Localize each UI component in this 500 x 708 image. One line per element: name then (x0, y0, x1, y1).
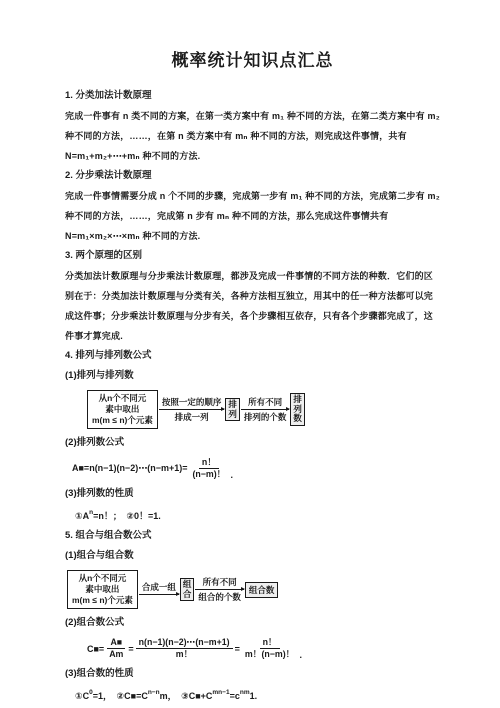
source-elements-box: 从n个不同元 素中取出 m(m ≤ n)个元素 (87, 390, 158, 429)
combination-flow-diagram: 从n个不同元 素中取出 m(m ≤ n)个元素 合成一组 组 合 所有不同 组合… (67, 570, 440, 609)
arrow-line (159, 409, 225, 410)
arrow-line (195, 589, 244, 590)
props-superscript: n (89, 509, 93, 516)
combination-node: 组 合 (180, 578, 195, 601)
arrow-label-bottom: 排列的个数 (241, 412, 290, 422)
source-elements-box: 从n个不同元 素中取出 m(m ≤ n)个元素 (67, 570, 138, 609)
arrow-label-bottom: 排成一列 (172, 412, 212, 422)
permutation-node: 排 列 (225, 398, 240, 421)
equals-sign: = (235, 644, 240, 654)
section-4-heading: 4. 排列与排列数公式 (65, 346, 440, 366)
props-superscript: mn−1 (212, 689, 229, 696)
section-4-sub1: (1)排列与排列数 (65, 366, 440, 386)
permutation-count-arrow: 所有不同 排列的个数 (241, 397, 290, 422)
props-text: m， ③C■+C (160, 691, 213, 701)
permutation-formula: A■=n(n−1)(n−2)⋯(n−m+1)= n！(n−m)！ . (72, 457, 440, 480)
page-title: 概率统计知识点汇总 (65, 46, 440, 71)
fraction-denominator: (n−m)！ (189, 469, 228, 480)
section-5-sub1: (1)组合与组合数 (65, 546, 440, 566)
section-3-paragraph: 分类加法计数原理与分步乘法计数原理，都涉及完成一件事情的不同方法的种数．它们的区… (65, 266, 440, 346)
fraction: n！m！(n−m)！ (242, 637, 298, 660)
combination-properties: ①C0=1， ②C■=Cn−nm， ③C■+Cmn−1=cnm1. (75, 684, 440, 706)
section-2-paragraph: 完成一件事情需要分成 n 个不同的步骤，完成第一步有 m₁ 种不同的方法，完成第… (65, 186, 440, 246)
fraction-denominator: m！(n−m)！ (242, 649, 298, 660)
arrow-label-top: 合成一组 (139, 582, 179, 592)
props-superscript: 0 (89, 689, 93, 696)
arrow-label-top: 所有不同 (245, 397, 285, 407)
fraction-denominator: m！ (173, 649, 196, 660)
combination-formula: C■= A■Am = n(n−1)(n−2)⋯(n−m+1)m！ = n！m！(… (87, 637, 440, 660)
permutation-properties: ①An=n！； ②0！=1. (75, 504, 440, 526)
formula-period: . (230, 470, 233, 480)
section-3-heading: 3. 两个原理的区别 (65, 246, 440, 266)
permutation-count-node: 排 列 数 (290, 393, 305, 426)
section-2-heading: 2. 分步乘法计数原理 (65, 166, 440, 186)
fraction-numerator: n(n−1)(n−2)⋯(n−m+1) (136, 637, 233, 649)
section-1-heading: 1. 分类加法计数原理 (65, 86, 440, 106)
fraction: n(n−1)(n−2)⋯(n−m+1)m！ (136, 637, 233, 660)
section-5-sub3: (3)组合数的性质 (65, 664, 440, 684)
formula-lhs: A■=n(n−1)(n−2)⋯(n−m+1)= (72, 463, 187, 474)
group-arrow: 合成一组 (139, 582, 179, 597)
fraction: A■Am (106, 637, 126, 660)
props-text: =n！； ②0！=1. (93, 511, 161, 521)
arrow-label-bottom: 组合的个数 (195, 592, 244, 602)
fraction: n！(n−m)！ (189, 457, 228, 480)
props-superscript: n−n (148, 689, 160, 696)
fraction-numerator: A■ (107, 637, 125, 649)
arrow-line (241, 409, 290, 410)
section-1-paragraph: 完成一件事有 n 类不同的方案，在第一类方案中有 m₁ 种不同的方法，在第二类方… (65, 106, 440, 166)
equals-sign: = (128, 644, 133, 654)
permutation-flow-diagram: 从n个不同元 素中取出 m(m ≤ n)个元素 按照一定的顺序 排成一列 排 列… (87, 390, 440, 429)
props-text: ①A (75, 511, 89, 521)
section-5-heading: 5. 组合与组合数公式 (65, 526, 440, 546)
combination-count-arrow: 所有不同 组合的个数 (195, 577, 244, 602)
props-text: =1， ②C■=C (93, 691, 148, 701)
section-5-sub2: (2)组合数公式 (65, 613, 440, 633)
arrow-label-top: 按照一定的顺序 (159, 397, 225, 407)
props-text: =c (230, 691, 240, 701)
fraction-numerator: n！ (199, 457, 219, 469)
fraction-denominator: Am (106, 649, 126, 660)
formula-lhs: C■= (87, 644, 104, 654)
props-text: 1. (250, 691, 258, 701)
props-text: ①C (75, 691, 89, 701)
section-4-sub2: (2)排列数公式 (65, 433, 440, 453)
combination-count-node: 组合数 (245, 582, 279, 598)
formula-period: . (299, 650, 302, 660)
arrow-label-top: 所有不同 (200, 577, 240, 587)
section-4-sub3: (3)排列数的性质 (65, 484, 440, 504)
props-superscript: nm (240, 689, 250, 696)
order-arrow: 按照一定的顺序 排成一列 (159, 397, 225, 422)
fraction-numerator: n！ (260, 637, 280, 649)
arrow-line (139, 594, 179, 595)
document-page: 概率统计知识点汇总 1. 分类加法计数原理 完成一件事有 n 类不同的方案，在第… (0, 0, 500, 706)
